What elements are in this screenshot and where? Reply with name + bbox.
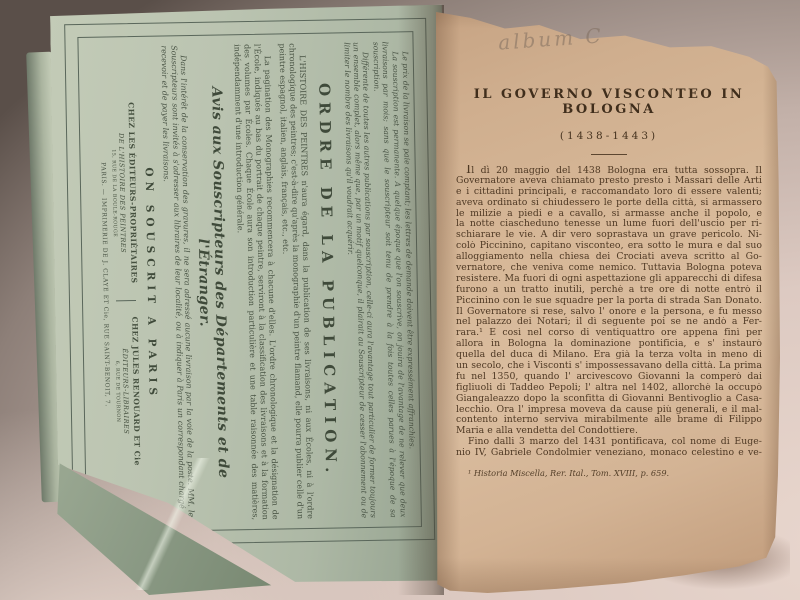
body-line: furono a un tratto inutili, perchè a tre… <box>456 285 762 296</box>
body-line: figliuoli di Taddeo Pepoli; l' altra nel… <box>456 383 762 394</box>
publisher-row: CHEZ LES ÉDITEURS-PROPRIÉTAIRES DE L'HIS… <box>109 46 143 522</box>
body-text: Il dì 20 maggio del 1438 Bologna era tut… <box>456 165 762 459</box>
body-line: aveva ordinato si chiudessero le porte d… <box>456 198 762 209</box>
publisher-left-block: CHEZ LES ÉDITEURS-PROPRIÉTAIRES DE L'HIS… <box>110 102 139 284</box>
footnote: ¹ Historia Miscella, Rer. Ital., Tom. XV… <box>456 468 762 478</box>
photo-background: Le prix de la livraison se paie comptant… <box>0 0 800 600</box>
body-line: nel palazzo dei Notari; il dì seguente p… <box>456 317 762 328</box>
body-line: Piccinino con le sue squadre per la port… <box>456 296 762 307</box>
body-line: Giangaleazzo dopo la sconfitta di Giovan… <box>456 394 762 405</box>
cover-paragraph: L'HISTOIRE DES PEINTRES n'aura égard, da… <box>277 43 315 519</box>
body-line: colò Piccinino, capitano visconteo, era … <box>456 241 762 252</box>
body-line: quella del duca di Milano. Era già la te… <box>456 350 762 361</box>
body-line: alloggiamento nella chiesa dei Crociati … <box>456 252 762 263</box>
right-page: IL GOVERNO VISCONTEO IN BOLOGNA (1438-14… <box>436 5 780 593</box>
body-line: Maria e alla vendetta del Condottiere. <box>456 426 762 437</box>
notice-paragraph: Dans l'intérêt de la conservation des gr… <box>159 45 196 521</box>
body-line: allora in Bologna la dominazione pontifi… <box>456 339 762 350</box>
body-line: schiarare le vie. A dir vero soprastava … <box>456 230 762 241</box>
publisher-right-name: CHEZ JULES RENOUARD ET Cie <box>131 316 143 465</box>
body-line: e i cittadini principali, e raccomandato… <box>456 187 762 198</box>
right-page-content: IL GOVERNO VISCONTEO IN BOLOGNA (1438-14… <box>456 5 762 478</box>
page-subtitle: (1438-1443) <box>456 130 762 142</box>
body-line: rara.¹ E così nel corso di ventiquattro … <box>456 328 762 339</box>
body-line: la notte ciascheduno tenesse un lume fuo… <box>456 219 762 230</box>
body-line: lecchio. Ora l' impresa moveva da cause … <box>456 405 762 416</box>
cover-content: Le prix de la livraison se paie comptant… <box>80 41 418 523</box>
body-line: resistere. Ma fuori di ogni aspettazione… <box>456 274 762 285</box>
body-line: Fino dalli 3 marzo del 1431 pontificava,… <box>456 437 762 448</box>
body-line: Governatore aveva chiamato presto presto… <box>456 176 762 187</box>
cover-heading: ORDRE DE LA PUBLICATION. <box>315 43 341 519</box>
subscribe-line: ON SOUSCRIT A PARIS <box>141 46 161 522</box>
body-line: nio IV, Gabriele Condolmier veneziano, m… <box>456 448 762 459</box>
cover-paragraph: La pagination des Monographies recommenc… <box>232 44 280 521</box>
notice-heading: Avis aux Souscripteurs des Départements … <box>192 44 232 520</box>
body-line: un secolo, che i Visconti s' impossessav… <box>456 361 762 372</box>
cover-paragraphs: L'HISTOIRE DES PEINTRES n'aura égard, da… <box>232 43 315 520</box>
publisher-left-name: CHEZ LES ÉDITEURS-PROPRIÉTAIRES <box>127 102 139 283</box>
cover-rotated-content: Le prix de la livraison se paie comptant… <box>55 9 444 556</box>
body-line: vernatore, che veniva come nemico. Tutta… <box>456 263 762 274</box>
body-line: le milizie a piedi e a cavallo, si armas… <box>456 209 762 220</box>
body-line: contento interno serviva mirabilmente al… <box>456 415 762 426</box>
body-line: Il Governatore si rese, salvo l' onore e… <box>456 307 762 318</box>
page-title: IL GOVERNO VISCONTEO IN BOLOGNA <box>456 87 762 117</box>
publisher-divider <box>116 300 136 301</box>
title-rule <box>591 154 627 155</box>
body-line: Il dì 20 maggio del 1438 Bologna era tut… <box>456 165 762 176</box>
publisher-right-role: ÉDITEURS-LIBRAIRES <box>121 317 132 466</box>
body-line: fu nel 1350, quando l' arcivescovo Giova… <box>456 372 762 383</box>
publisher-right-block: CHEZ JULES RENOUARD ET Cie ÉDITEURS-LIBR… <box>114 316 143 466</box>
